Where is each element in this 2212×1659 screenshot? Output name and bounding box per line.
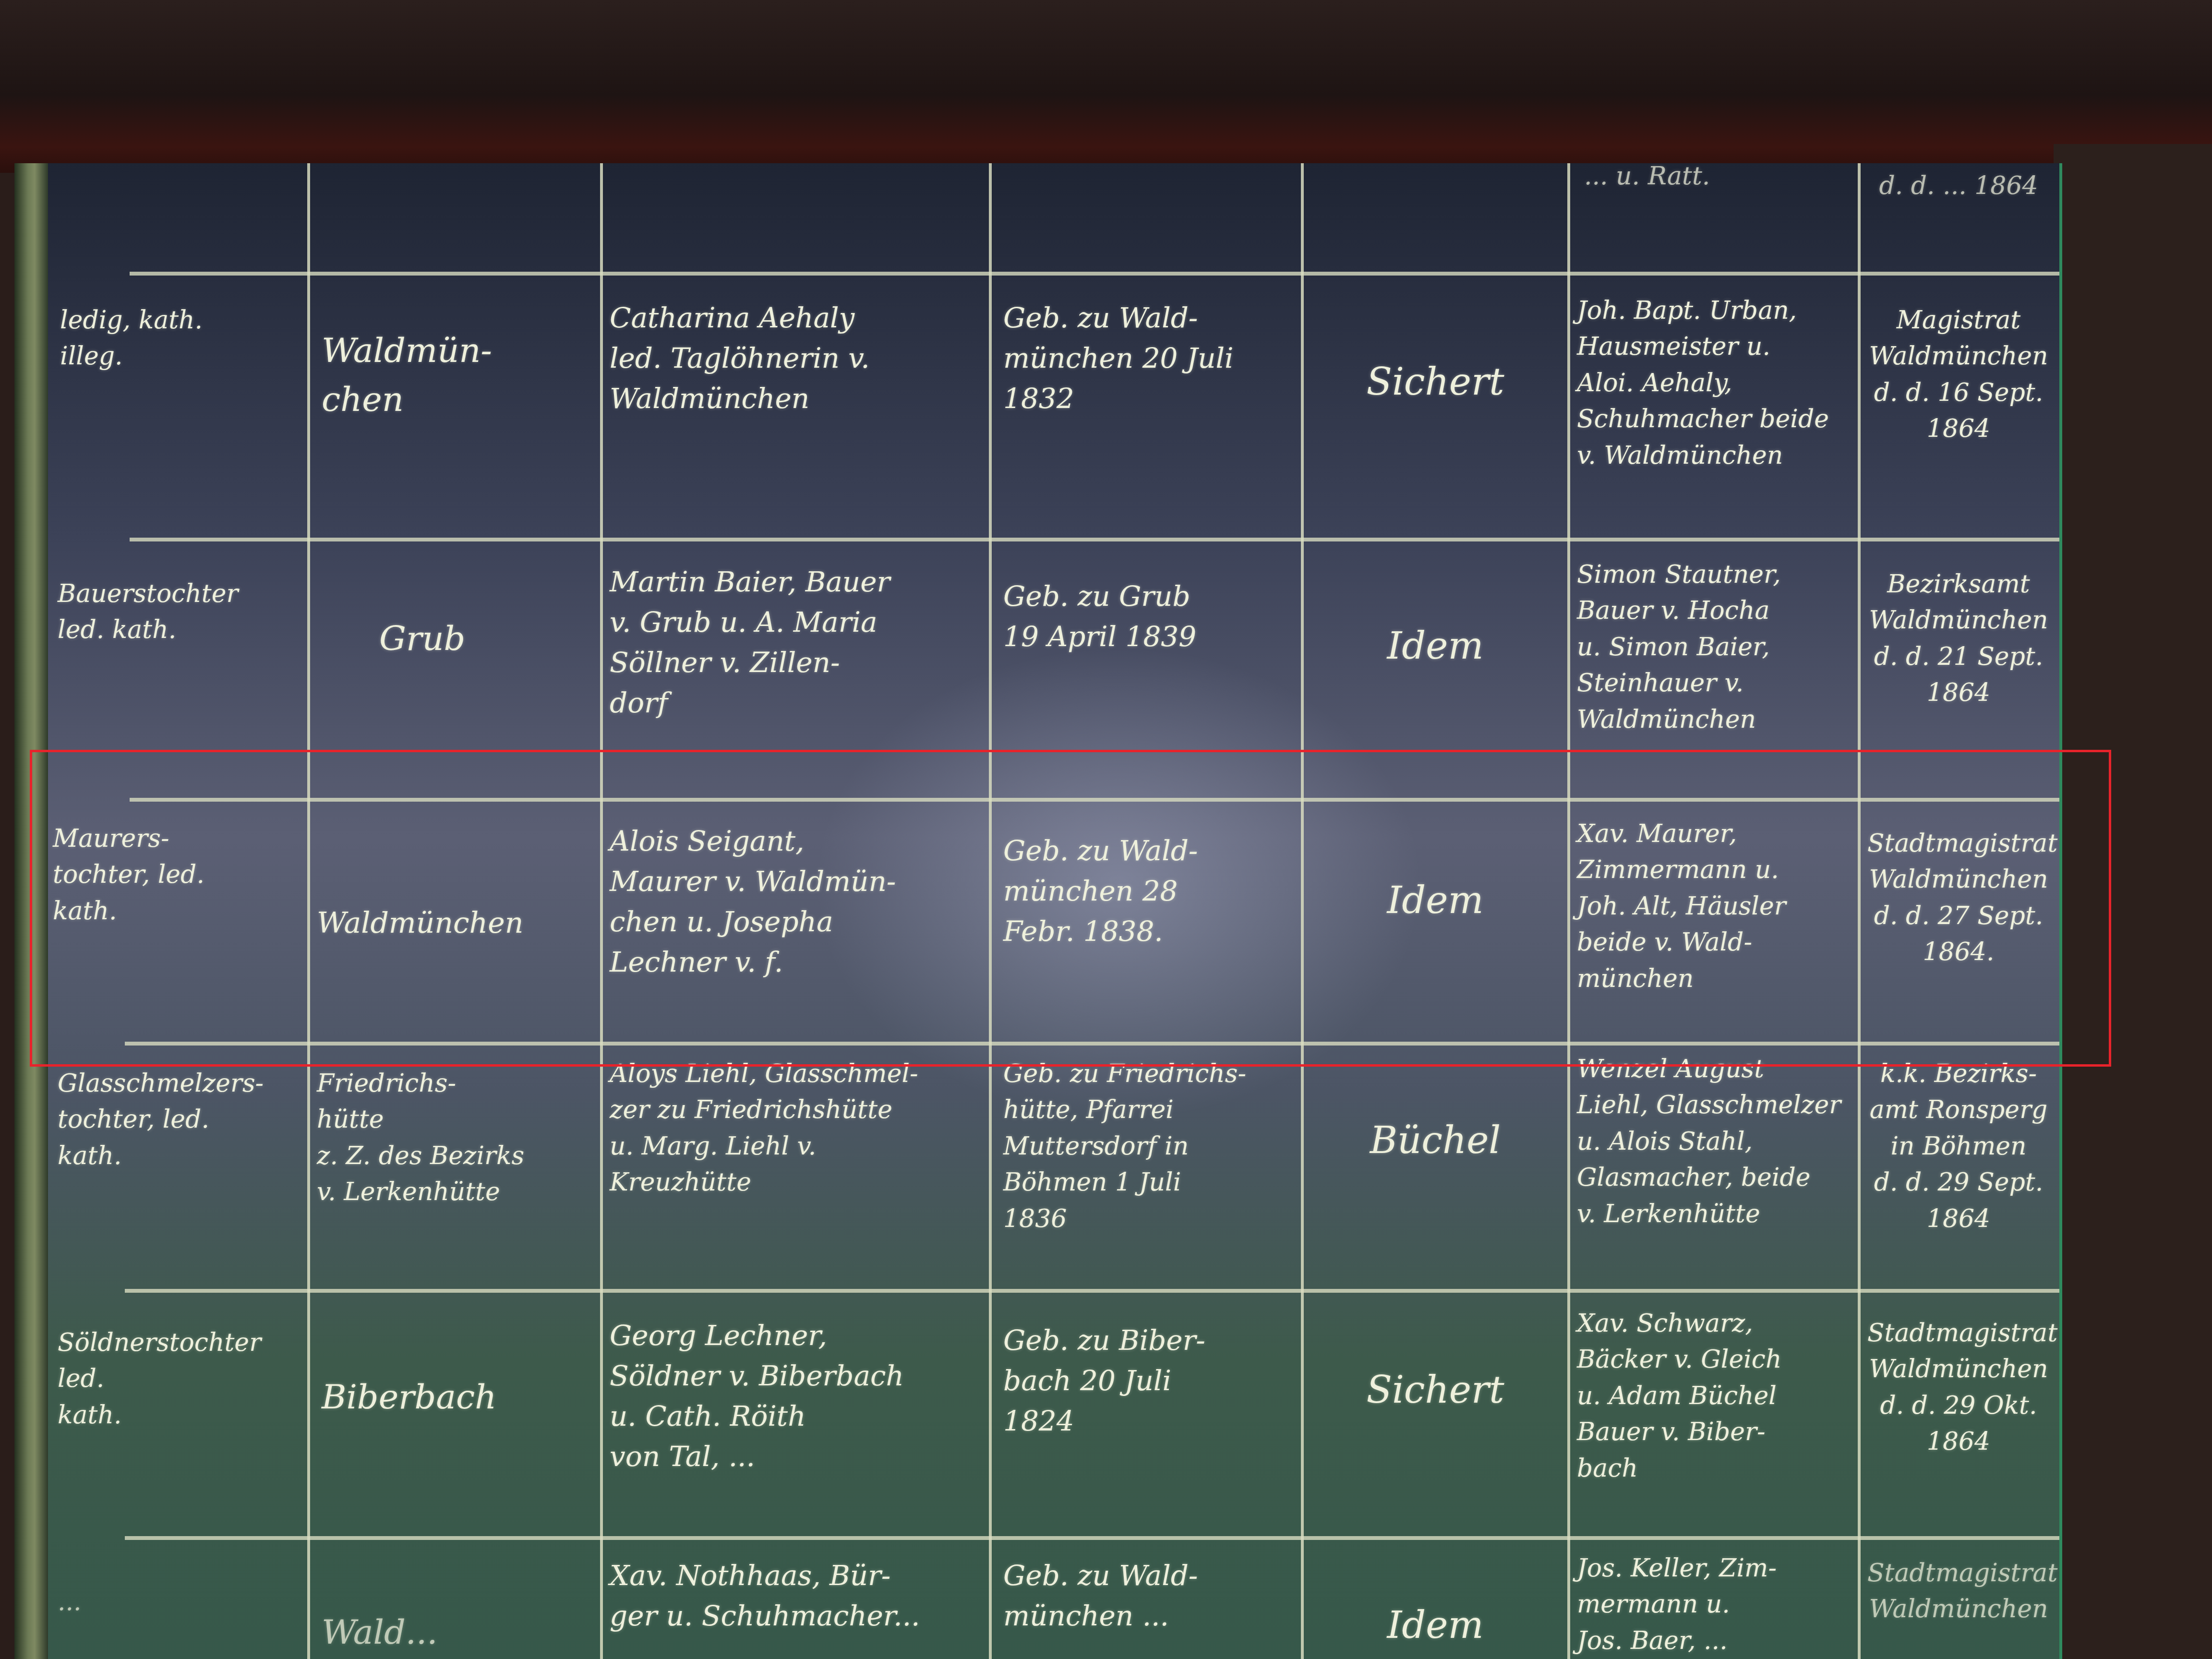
microfilm-reader-frame-top (0, 0, 2212, 173)
status-cell: ... (58, 1584, 82, 1620)
column-rule (1301, 163, 1304, 1659)
authority-cell: Stadtmagistrat Waldmünchen d. d. 29 Okt.… (1867, 1315, 2050, 1460)
sponsor-cell: Sichert (1310, 1363, 1560, 1418)
microfilm-reader-frame-side (2054, 144, 2212, 1659)
sponsor-cell: Büchel (1310, 1114, 1560, 1168)
birth-cell: Geb. zu Biber- bach 20 Juli 1824 (1003, 1320, 1205, 1441)
authority-cell: Stadtmagistrat Waldmünchen (1867, 1555, 2050, 1628)
row-rule (125, 1536, 2059, 1540)
status-cell: ledig, kath. illeg. (60, 302, 203, 375)
microfilm-page: ... u. Ratt. d. d. ... 1864 ledig, kath.… (14, 163, 2062, 1659)
partial-row-remarks: ... u. Ratt. (1584, 163, 1710, 194)
partial-row-authority: d. d. ... 1864 (1867, 168, 2050, 204)
remarks-cell: Joh. Bapt. Urban, Hausmeister u. Aloi. A… (1577, 293, 1829, 474)
row-rule (125, 1042, 2059, 1046)
birth-cell: Geb. zu Wald- münchen ... (1003, 1555, 1198, 1636)
authority-cell: k.k. Bezirks- amt Ronsperg in Böhmen d. … (1867, 1056, 2050, 1237)
parents-cell: Alois Seigant, Maurer v. Waldmün- chen u… (610, 821, 896, 982)
status-cell: Bauerstochter led. kath. (58, 576, 238, 649)
parents-cell: Martin Baier, Bauer v. Grub u. A. Maria … (610, 562, 890, 723)
parents-cell: Aloys Liehl, Glasschmel- zer zu Friedric… (610, 1056, 918, 1201)
sponsor-cell: Sichert (1310, 355, 1560, 409)
remarks-cell: Xav. Schwarz, Bäcker v. Gleich u. Adam B… (1577, 1306, 1781, 1487)
authority-cell: Stadtmagistrat Waldmünchen d. d. 27 Sept… (1867, 826, 2050, 971)
parents-cell: Georg Lechner, Söldner v. Biberbach u. C… (610, 1315, 904, 1477)
column-rule (989, 163, 992, 1659)
place-cell: Waldmün- chen (322, 326, 492, 424)
authority-cell: Bezirksamt Waldmünchen d. d. 21 Sept. 18… (1867, 566, 2050, 711)
place-cell: Wald... (322, 1608, 438, 1657)
birth-cell: Geb. zu Friedrichs- hütte, Pfarrei Mutte… (1003, 1056, 1246, 1237)
birth-cell: Geb. zu Grub 19 April 1839 (1003, 576, 1196, 657)
birth-cell: Geb. zu Wald- münchen 20 Juli 1832 (1003, 298, 1234, 419)
film-edge-strip (14, 163, 48, 1659)
column-rule (1858, 163, 1861, 1659)
column-rule (600, 163, 603, 1659)
remarks-cell: Wenzel August Liehl, Glasschmelzer u. Al… (1577, 1051, 1841, 1232)
birth-cell: Geb. zu Wald- münchen 28 Febr. 1838. (1003, 830, 1198, 951)
row-rule (130, 272, 2059, 276)
sponsor-cell: Idem (1310, 874, 1560, 928)
column-rule (1567, 163, 1570, 1659)
place-cell: Friedrichs- hütte z. Z. des Bezirks v. L… (317, 1066, 524, 1211)
status-cell: Glasschmelzers- tochter, led. kath. (58, 1066, 264, 1174)
row-rule (125, 1289, 2059, 1293)
status-cell: Söldnerstochter led. kath. (58, 1325, 261, 1433)
place-cell: Grub (379, 614, 465, 663)
place-cell: Biberbach (322, 1373, 496, 1422)
parents-cell: Catharina Aehaly led. Taglöhnerin v. Wal… (610, 298, 870, 419)
authority-cell: Magistrat Waldmünchen d. d. 16 Sept. 186… (1867, 302, 2050, 447)
remarks-cell: Jos. Keller, Zim- mermann u. Jos. Baer, … (1577, 1551, 1777, 1659)
status-cell: Maurers- tochter, led. kath. (53, 821, 204, 929)
sponsor-cell: Idem (1310, 619, 1560, 673)
place-cell: Waldmünchen (317, 902, 523, 944)
parents-cell: Xav. Nothhaas, Bür- ger u. Schuhmacher..… (610, 1555, 920, 1636)
sponsor-cell: Idem (1310, 1599, 1560, 1653)
column-rule (307, 163, 310, 1659)
row-rule (130, 538, 2059, 541)
remarks-cell: Xav. Maurer, Zimmermann u. Joh. Alt, Häu… (1577, 816, 1786, 997)
remarks-cell: Simon Stautner, Bauer v. Hocha u. Simon … (1577, 557, 1781, 738)
row-rule (130, 798, 2059, 802)
